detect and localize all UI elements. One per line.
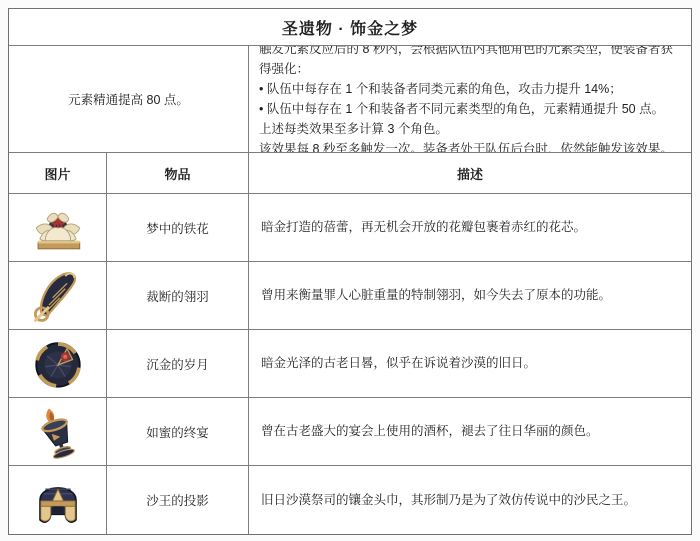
effect-line: • 队伍中每存在 1 个和装备者同类元素的角色，攻击力提升 14%； [259, 79, 681, 99]
plume-artifact-icon [29, 268, 87, 324]
table-row-image [9, 330, 107, 398]
flower-artifact-icon [29, 200, 87, 256]
effect-line: • 队伍中每存在 1 个和装备者不同元素类型的角色，元素精通提升 50 点。 [259, 99, 681, 119]
table-row-image [9, 262, 107, 330]
four-piece-bonus-text: 触发元素反应后的 8 秒内，会根据队伍内其他角色的元素类型，使装备者获得强化： … [249, 46, 691, 153]
item-description: 曾用来衡量罪人心脏重量的特制翎羽，如今失去了原本的功能。 [249, 262, 691, 330]
table-row-image [9, 194, 107, 262]
item-description: 旧日沙漠祭司的镶金头巾，其形制乃是为了效仿传说中的沙民之王。 [249, 466, 691, 534]
table-row-image [9, 466, 107, 534]
effect-line: 触发元素反应后的 8 秒内，会根据队伍内其他角色的元素类型，使装备者获得强化： [259, 46, 681, 79]
item-name: 如蜜的终宴 [107, 398, 249, 466]
item-description: 曾在古老盛大的宴会上使用的酒杯，褪去了往日华丽的颜色。 [249, 398, 691, 466]
effect-line: 上述每类效果至多计算 3 个角色。 [259, 119, 681, 139]
effect-line: 该效果每 8 秒至多触发一次。装备者处于队伍后台时，依然能触发该效果。 [259, 139, 681, 153]
item-name: 沙王的投影 [107, 466, 249, 534]
item-name: 梦中的铁花 [107, 194, 249, 262]
page-title: 圣遗物 · 饰金之梦 [9, 9, 691, 46]
column-header-description: 描述 [249, 153, 691, 194]
two-piece-bonus-text: 元素精通提高 80 点。 [9, 46, 249, 153]
goblet-artifact-icon [29, 404, 87, 460]
item-name: 沉金的岁月 [107, 330, 249, 398]
sands-artifact-icon [29, 336, 87, 392]
artifact-set-table: 圣遗物 · 饰金之梦 元素精通提高 80 点。 触发元素反应后的 8 秒内，会根… [8, 8, 692, 535]
item-name: 裁断的翎羽 [107, 262, 249, 330]
column-header-image: 图片 [9, 153, 107, 194]
item-description: 暗金打造的蓓蕾，再无机会开放的花瓣包裹着赤红的花芯。 [249, 194, 691, 262]
column-header-item: 物品 [107, 153, 249, 194]
circlet-artifact-icon [29, 472, 87, 528]
table-row-image [9, 398, 107, 466]
item-description: 暗金光泽的古老日晷，似乎在诉说着沙漠的旧日。 [249, 330, 691, 398]
